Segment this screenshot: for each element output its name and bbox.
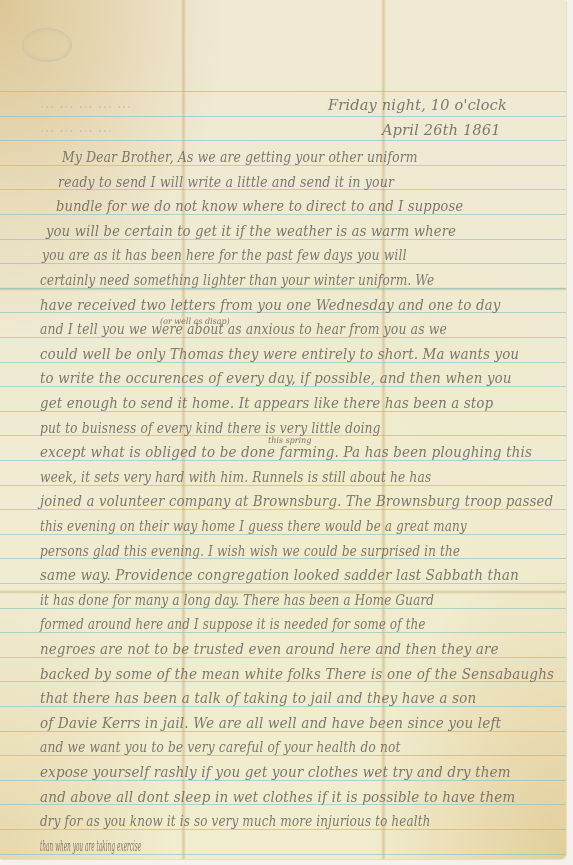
letter-line: and we want you to be very careful of yo… — [40, 740, 516, 756]
letter-line: expose yourself rashly if you get your c… — [40, 765, 566, 781]
rule-line — [0, 116, 566, 117]
letter-line: it has done for many a long day. There h… — [40, 593, 508, 609]
letter-line: to write the occurences of every day, if… — [40, 371, 560, 387]
letter-line: persons glad this evening. I wish wish w… — [40, 544, 508, 560]
letter-line: you are as it has been here for the past… — [42, 248, 520, 264]
rule-line — [0, 91, 566, 92]
letter-line: certainly need something lighter than yo… — [40, 273, 510, 289]
letter-line: except what is obliged to be done farmin… — [40, 445, 564, 461]
letter-line: of Davie Kerrs in jail. We are all well … — [40, 716, 566, 732]
letter-date-line: April 26th 1861 — [382, 123, 573, 139]
letter-line: week, it sets very hard with him. Runnel… — [40, 470, 516, 486]
letter-line: bundle for we do not know where to direc… — [56, 199, 566, 215]
letter-line: formed around here and I suppose it is n… — [40, 617, 502, 633]
stationery-emboss-seal — [22, 28, 72, 62]
letter-page: ... ... ... ... ... ... ... ... ... Frid… — [0, 0, 566, 859]
letter-line: this evening on their way home I guess t… — [40, 519, 506, 535]
letter-line: than when you are taking exercise — [40, 839, 260, 855]
letter-line: ready to send I will write a little and … — [58, 175, 546, 191]
letter-line: and above all dont sleep in wet clothes … — [40, 790, 566, 806]
letter-line: dry for as you know it is so very much m… — [40, 814, 506, 830]
letter-line: you will be certain to get it if the wea… — [46, 224, 558, 240]
letter-line: My Dear Brother, As we are getting your … — [62, 150, 544, 166]
letter-line: could well be only Thomas they were enti… — [40, 347, 560, 363]
letter-time-line: Friday night, 10 o'clock — [328, 98, 573, 114]
letter-line: that there has been a talk of taking to … — [40, 691, 566, 707]
letter-line: put to buisness of every kind there is v… — [40, 421, 516, 437]
rule-line — [0, 140, 566, 141]
letter-line: have received two letters from you one W… — [40, 298, 560, 314]
letter-line: get enough to send it home. It appears l… — [40, 396, 560, 412]
letter-line: and I tell you we were about as anxious … — [40, 322, 522, 338]
interlinear-note: this spring — [268, 436, 311, 445]
letter-line: backed by some of the mean white folks T… — [40, 667, 566, 683]
interlinear-note: (or well as disap) — [160, 317, 230, 326]
letter-line: same way. Providence congregation looked… — [40, 568, 562, 584]
letter-line: negroes are not to be trusted even aroun… — [40, 642, 562, 658]
letter-line: joined a volunteer company at Brownsburg… — [40, 494, 556, 510]
